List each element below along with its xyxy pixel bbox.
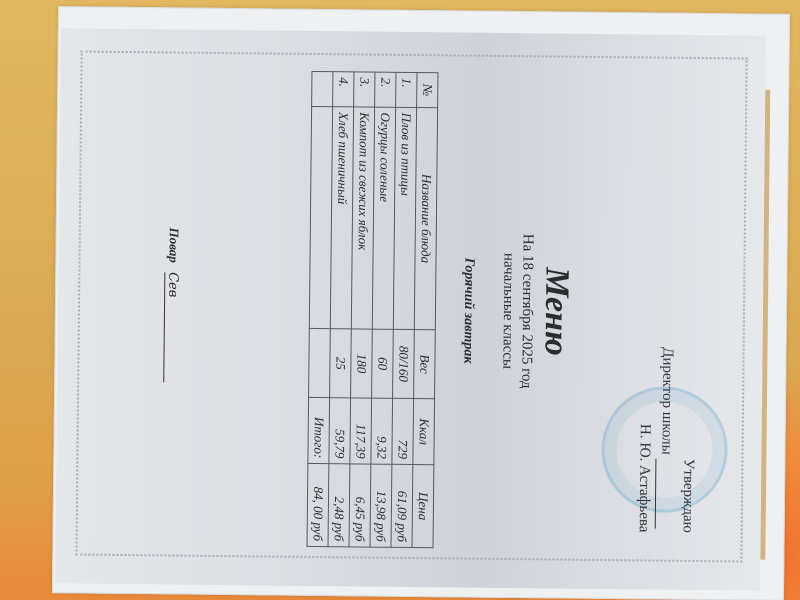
approval-name: Н. Ю. Астафьева xyxy=(632,322,656,532)
total-value: 84, 00 руб xyxy=(307,463,329,546)
title-block: Меню На 18 сентября 2025 год начальные к… xyxy=(457,50,578,571)
menu-table: № Название блюда Вес Ккал Цена 1. Плов и… xyxy=(306,70,438,547)
page-content: Утверждаю Директор школы Н. Ю. Астафьева… xyxy=(78,46,743,573)
row-num: 3. xyxy=(353,71,374,106)
dish-name: Огурцы соленые xyxy=(372,106,395,329)
dish-weight: 180 xyxy=(350,328,372,397)
dish-price: 6,45 руб xyxy=(349,464,371,547)
dish-price: 61,09 руб xyxy=(391,464,413,547)
col-num: № xyxy=(416,72,437,107)
total-empty xyxy=(311,71,332,106)
total-row: Итого: 84, 00 руб xyxy=(307,71,333,546)
page-title: Меню xyxy=(533,51,578,571)
dish-price: 2,48 руб xyxy=(328,463,350,546)
menu-sheet: Утверждаю Директор школы Н. Ю. Астафьева… xyxy=(55,28,766,590)
cook-signature-block: Повар Сев xyxy=(163,227,182,382)
dish-kcal: 59,79 xyxy=(328,397,350,463)
dish-weight: 60 xyxy=(371,329,393,398)
row-num: 2. xyxy=(374,72,395,107)
dish-kcal: 9,32 xyxy=(370,397,392,463)
cook-signature: Сев xyxy=(163,272,180,382)
col-price: Цена xyxy=(412,464,434,547)
dish-kcal: 729 xyxy=(391,398,413,464)
dish-price: 13,98 руб xyxy=(370,464,392,547)
dish-name: Хлеб пшеничный xyxy=(330,106,353,329)
approval-position: Директор школы xyxy=(654,322,678,532)
dish-kcal: 117,39 xyxy=(349,397,371,463)
approval-block: Утверждаю Директор школы Н. Ю. Астафьева xyxy=(632,322,700,533)
approval-title: Утверждаю xyxy=(676,322,700,532)
total-empty xyxy=(309,106,332,329)
row-num: 4. xyxy=(332,71,353,106)
dish-name: Компот из свежих яблок xyxy=(351,106,374,329)
col-kcal: Ккал xyxy=(412,398,434,464)
dish-weight: 25 xyxy=(329,328,351,397)
row-num: 1. xyxy=(395,72,416,107)
dish-name: Плов из птицы xyxy=(393,107,416,330)
dish-weight: 80/160 xyxy=(392,329,414,398)
section-heading: Горячий завтрак xyxy=(457,50,478,570)
col-weight: Вес xyxy=(413,329,435,398)
cook-label: Повар xyxy=(166,227,181,262)
col-name: Название блюда xyxy=(414,107,437,330)
total-empty xyxy=(308,328,330,397)
total-label: Итого: xyxy=(307,397,329,463)
